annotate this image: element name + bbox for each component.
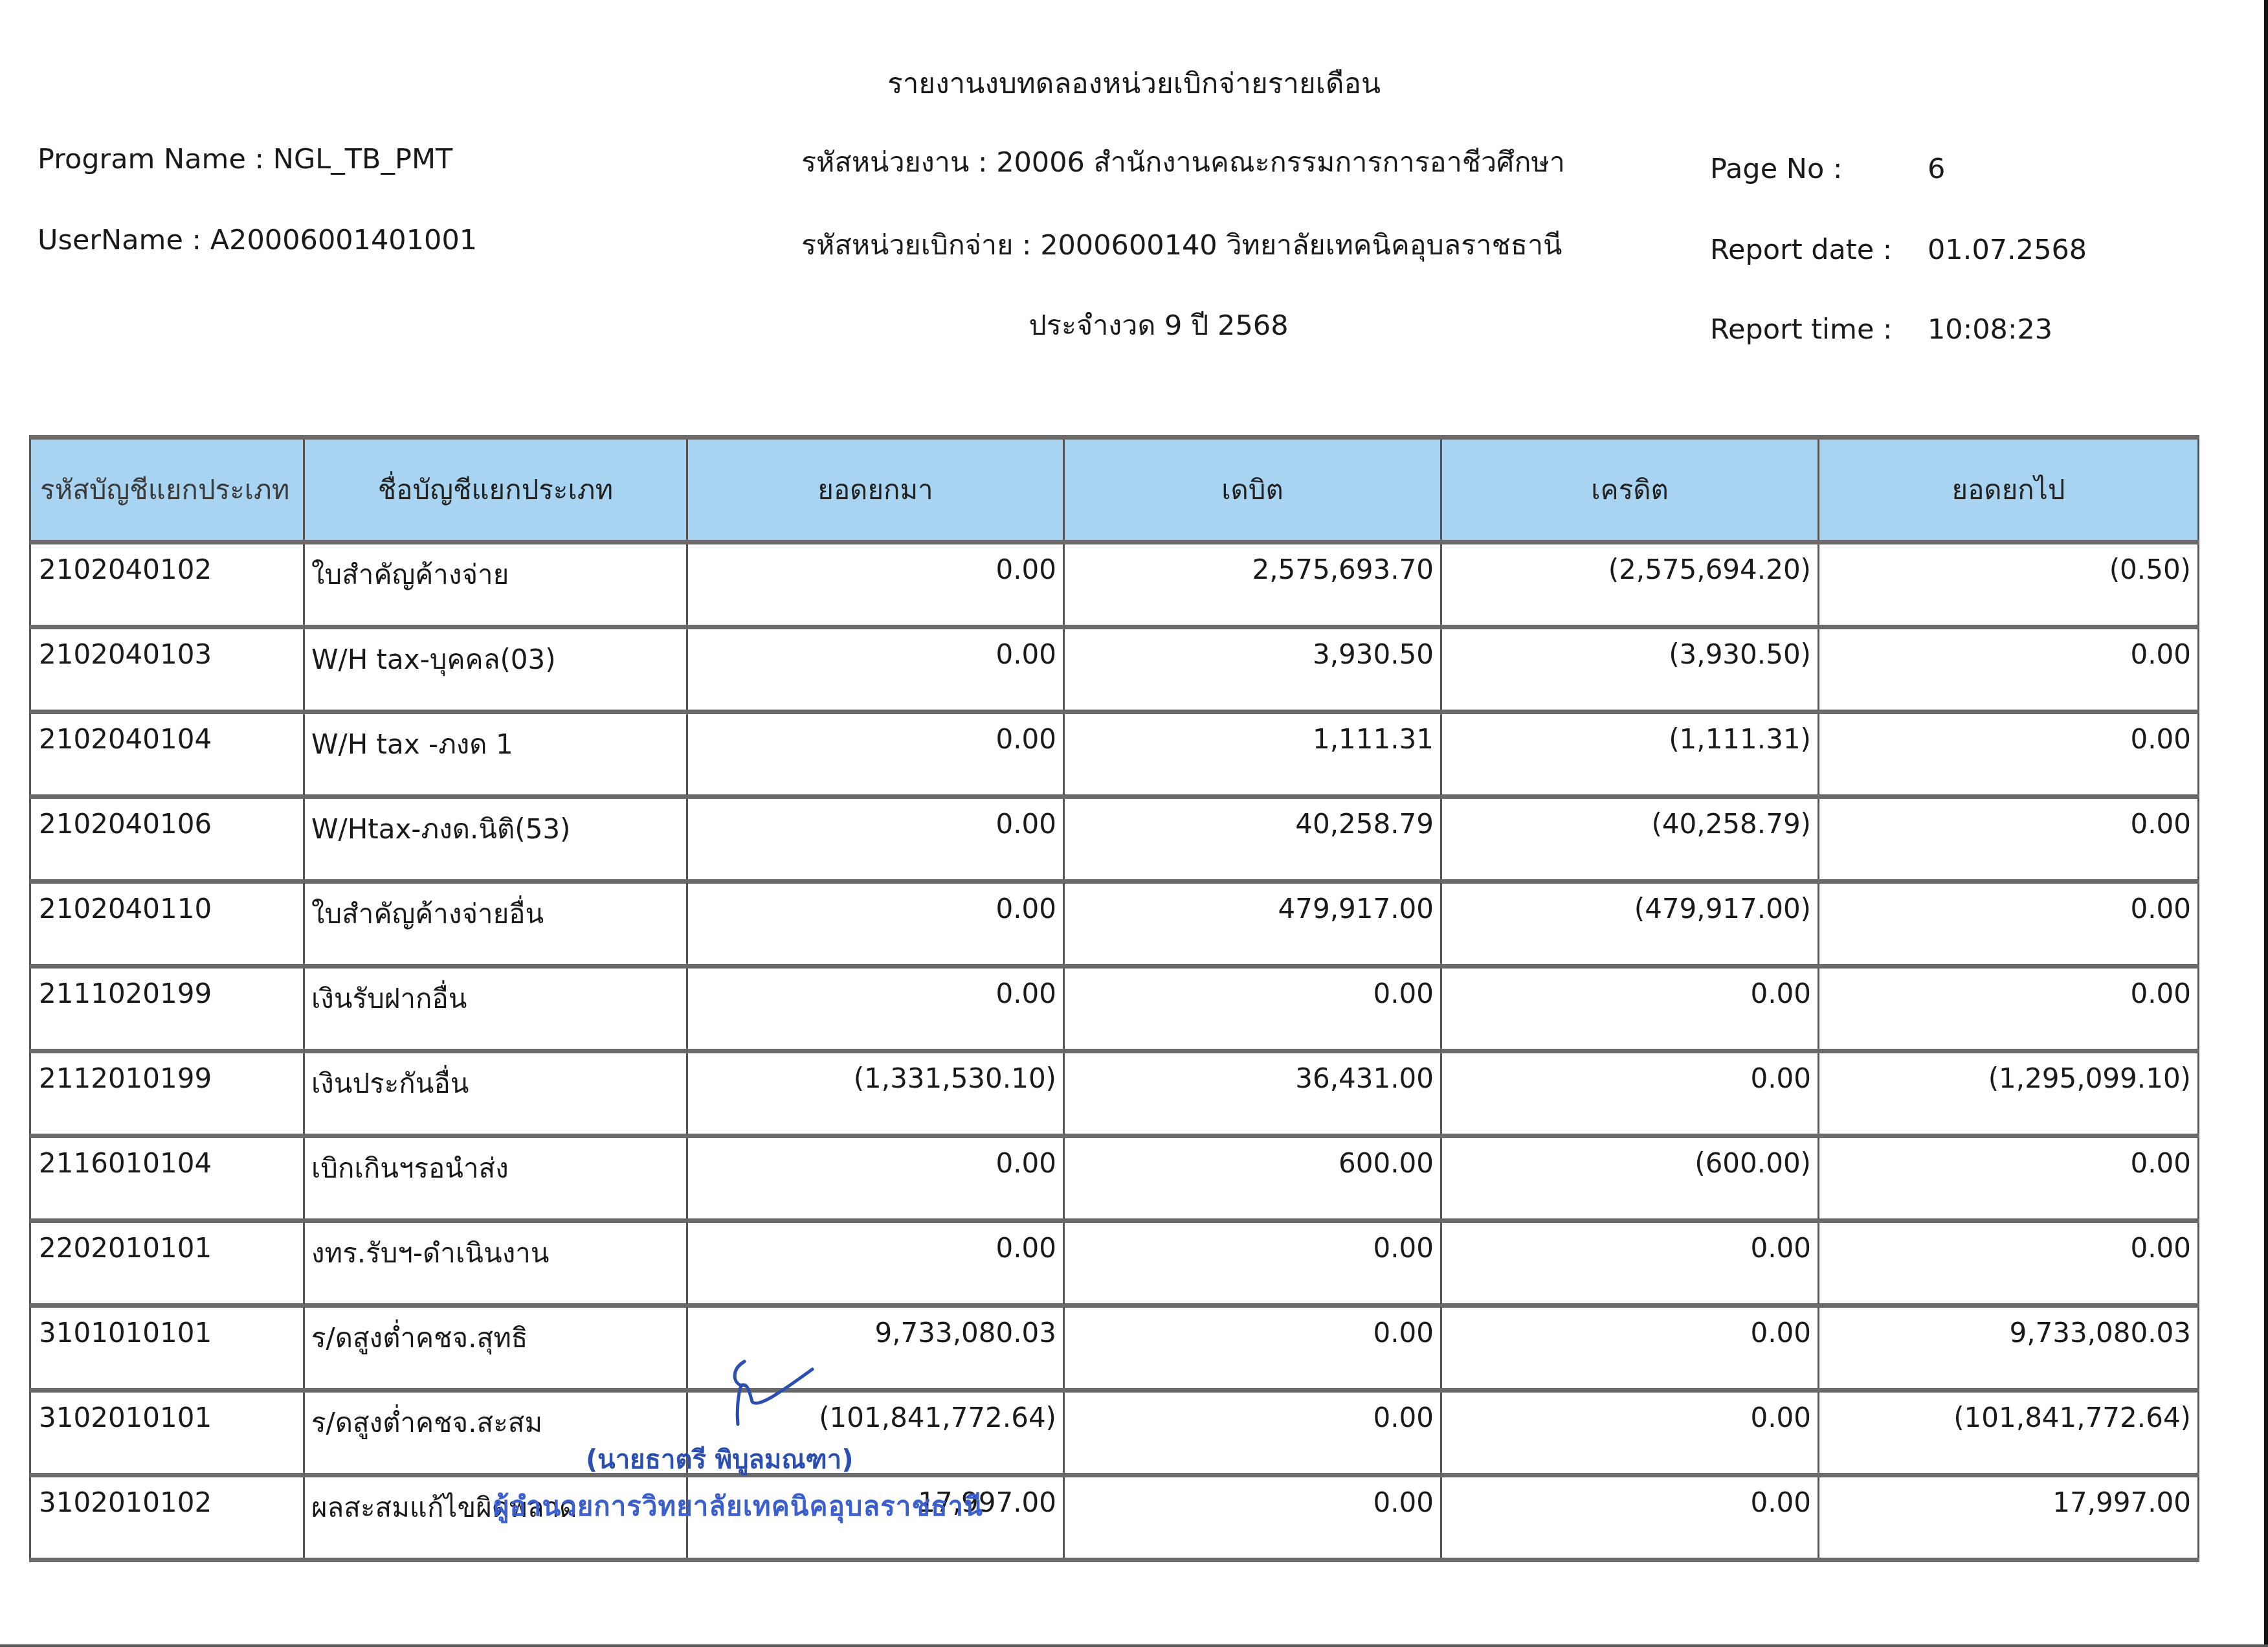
cell-account-code: 2102040106 bbox=[30, 797, 304, 882]
cell-account-name: ร/ดสูงต่ำคชจ.สุทธิ bbox=[304, 1306, 687, 1391]
scan-border-right bbox=[2264, 0, 2268, 1647]
username: UserName : A20006001401001 bbox=[38, 227, 477, 254]
cell-credit: (1,111.31) bbox=[1441, 712, 1819, 797]
cell-brought-forward: 0.00 bbox=[687, 543, 1064, 627]
cell-debit: 40,258.79 bbox=[1064, 797, 1441, 882]
cell-account-name: W/Htax-ภงด.นิติ(53) bbox=[304, 797, 687, 882]
report-date-label: Report date : bbox=[1710, 236, 1892, 264]
cell-account-code: 2116010104 bbox=[30, 1136, 304, 1221]
report-date: 01.07.2568 bbox=[1928, 236, 2087, 264]
cell-credit: 0.00 bbox=[1441, 1391, 1819, 1475]
cell-credit: (600.00) bbox=[1441, 1136, 1819, 1221]
table-row: 2112010199เงินประกันอื่น(1,331,530.10)36… bbox=[30, 1051, 2199, 1136]
cell-brought-forward: 0.00 bbox=[687, 1221, 1064, 1306]
cell-credit: 0.00 bbox=[1441, 967, 1819, 1051]
cell-brought-forward: 0.00 bbox=[687, 967, 1064, 1051]
table-row: 3102010101ร/ดสูงต่ำคชจ.สะสม(101,841,772.… bbox=[30, 1391, 2199, 1475]
cell-debit: 1,111.31 bbox=[1064, 712, 1441, 797]
cell-credit: 0.00 bbox=[1441, 1306, 1819, 1391]
cell-carried-forward: 0.00 bbox=[1819, 967, 2199, 1051]
column-header-credit: เครดิต bbox=[1441, 438, 1819, 543]
table-row: 2102040110ใบสำคัญค้างจ่ายอื่น0.00479,917… bbox=[30, 882, 2199, 967]
cell-account-name: เงินประกันอื่น bbox=[304, 1051, 687, 1136]
table-row: 2102040106W/Htax-ภงด.นิติ(53)0.0040,258.… bbox=[30, 797, 2199, 882]
cell-brought-forward: 0.00 bbox=[687, 882, 1064, 967]
cell-carried-forward: 0.00 bbox=[1819, 797, 2199, 882]
cell-carried-forward: 17,997.00 bbox=[1819, 1475, 2199, 1560]
signature-icon bbox=[718, 1356, 816, 1428]
table-row: 2102040103W/H tax-บุคคล(03)0.003,930.50(… bbox=[30, 627, 2199, 712]
cell-account-code: 3101010101 bbox=[30, 1306, 304, 1391]
cell-credit: 0.00 bbox=[1441, 1475, 1819, 1560]
cell-carried-forward: 0.00 bbox=[1819, 1221, 2199, 1306]
cell-account-name: W/H tax-บุคคล(03) bbox=[304, 627, 687, 712]
cell-account-name: งทร.รับฯ-ดำเนินงาน bbox=[304, 1221, 687, 1306]
column-header-debit: เดบิต bbox=[1064, 438, 1441, 543]
cell-credit: 0.00 bbox=[1441, 1051, 1819, 1136]
cell-account-code: 2102040102 bbox=[30, 543, 304, 627]
table-row: 2102040104W/H tax -ภงด 10.001,111.31(1,1… bbox=[30, 712, 2199, 797]
trial-balance-table: รหัสบัญชีแยกประเภท ชื่อบัญชีแยกประเภท ยอ… bbox=[29, 435, 2199, 1562]
table-row: 2202010101งทร.รับฯ-ดำเนินงาน0.000.000.00… bbox=[30, 1221, 2199, 1306]
cell-brought-forward: 0.00 bbox=[687, 627, 1064, 712]
column-header-account-code: รหัสบัญชีแยกประเภท bbox=[30, 438, 304, 543]
report-title: รายงานงบทดลองหน่วยเบิกจ่ายรายเดือน bbox=[0, 70, 2268, 98]
cell-account-code: 2112010199 bbox=[30, 1051, 304, 1136]
report-time-label: Report time : bbox=[1710, 316, 1893, 344]
cell-credit: (2,575,694.20) bbox=[1441, 543, 1819, 627]
disbursement-unit: รหัสหน่วยเบิกจ่าย : 2000600140 วิทยาลัยเ… bbox=[801, 232, 1562, 260]
cell-debit: 0.00 bbox=[1064, 1221, 1441, 1306]
column-header-carried-forward: ยอดยกไป bbox=[1819, 438, 2199, 543]
cell-debit: 3,930.50 bbox=[1064, 627, 1441, 712]
table-row: 2102040102ใบสำคัญค้างจ่าย0.002,575,693.7… bbox=[30, 543, 2199, 627]
cell-credit: 0.00 bbox=[1441, 1221, 1819, 1306]
signatory-position: ผู้อำนวยการวิทยาลัยเทคนิคอุบลราชธานี bbox=[493, 1485, 983, 1528]
cell-debit: 0.00 bbox=[1064, 1306, 1441, 1391]
cell-carried-forward: 0.00 bbox=[1819, 882, 2199, 967]
cell-carried-forward: 9,733,080.03 bbox=[1819, 1306, 2199, 1391]
cell-debit: 600.00 bbox=[1064, 1136, 1441, 1221]
cell-account-code: 2102040104 bbox=[30, 712, 304, 797]
cell-account-code: 2111020199 bbox=[30, 967, 304, 1051]
cell-account-name: ใบสำคัญค้างจ่ายอื่น bbox=[304, 882, 687, 967]
program-name: Program Name : NGL_TB_PMT bbox=[38, 146, 452, 174]
cell-account-code: 2102040103 bbox=[30, 627, 304, 712]
cell-carried-forward: 0.00 bbox=[1819, 712, 2199, 797]
cell-credit: (3,930.50) bbox=[1441, 627, 1819, 712]
cell-account-code: 2202010101 bbox=[30, 1221, 304, 1306]
cell-debit: 2,575,693.70 bbox=[1064, 543, 1441, 627]
report-time: 10:08:23 bbox=[1928, 316, 2052, 344]
cell-brought-forward: (1,331,530.10) bbox=[687, 1051, 1064, 1136]
report-page: รายงานงบทดลองหน่วยเบิกจ่ายรายเดือน Progr… bbox=[0, 0, 2268, 1647]
scan-border-bottom bbox=[0, 1644, 2268, 1647]
cell-carried-forward: (101,841,772.64) bbox=[1819, 1391, 2199, 1475]
cell-account-name: เบิกเกินฯรอนำส่ง bbox=[304, 1136, 687, 1221]
cell-debit: 0.00 bbox=[1064, 1391, 1441, 1475]
table-row: 2111020199เงินรับฝากอื่น0.000.000.000.00 bbox=[30, 967, 2199, 1051]
column-header-brought-forward: ยอดยกมา bbox=[687, 438, 1064, 543]
page-no-label: Page No : bbox=[1710, 155, 1842, 183]
cell-account-code: 3102010102 bbox=[30, 1475, 304, 1560]
cell-credit: (479,917.00) bbox=[1441, 882, 1819, 967]
cell-brought-forward: 0.00 bbox=[687, 1136, 1064, 1221]
table-header-row: รหัสบัญชีแยกประเภท ชื่อบัญชีแยกประเภท ยอ… bbox=[30, 438, 2199, 543]
column-header-account-name: ชื่อบัญชีแยกประเภท bbox=[304, 438, 687, 543]
cell-account-name: เงินรับฝากอื่น bbox=[304, 967, 687, 1051]
cell-brought-forward: 0.00 bbox=[687, 797, 1064, 882]
cell-carried-forward: (1,295,099.10) bbox=[1819, 1051, 2199, 1136]
cell-carried-forward: 0.00 bbox=[1819, 627, 2199, 712]
table-row: 3101010101ร/ดสูงต่ำคชจ.สุทธิ9,733,080.03… bbox=[30, 1306, 2199, 1391]
cell-account-name: ใบสำคัญค้างจ่าย bbox=[304, 543, 687, 627]
signatory-name: (นายธาตรี พิบูลมณฑา) bbox=[586, 1439, 853, 1480]
cell-debit: 0.00 bbox=[1064, 1475, 1441, 1560]
cell-account-name: W/H tax -ภงด 1 bbox=[304, 712, 687, 797]
cell-credit: (40,258.79) bbox=[1441, 797, 1819, 882]
cell-account-code: 3102010101 bbox=[30, 1391, 304, 1475]
cell-debit: 479,917.00 bbox=[1064, 882, 1441, 967]
cell-carried-forward: (0.50) bbox=[1819, 543, 2199, 627]
agency-code: รหัสหน่วยงาน : 20006 สำนักงานคณะกรรมการก… bbox=[801, 149, 1565, 177]
table-row: 3102010102ผลสะสมแก้ไขผิดพลาด17,997.000.0… bbox=[30, 1475, 2199, 1560]
cell-brought-forward: 0.00 bbox=[687, 712, 1064, 797]
cell-carried-forward: 0.00 bbox=[1819, 1136, 2199, 1221]
cell-debit: 36,431.00 bbox=[1064, 1051, 1441, 1136]
cell-debit: 0.00 bbox=[1064, 967, 1441, 1051]
cell-account-code: 2102040110 bbox=[30, 882, 304, 967]
table-row: 2116010104เบิกเกินฯรอนำส่ง0.00600.00(600… bbox=[30, 1136, 2199, 1221]
page-no: 6 bbox=[1928, 155, 1945, 183]
